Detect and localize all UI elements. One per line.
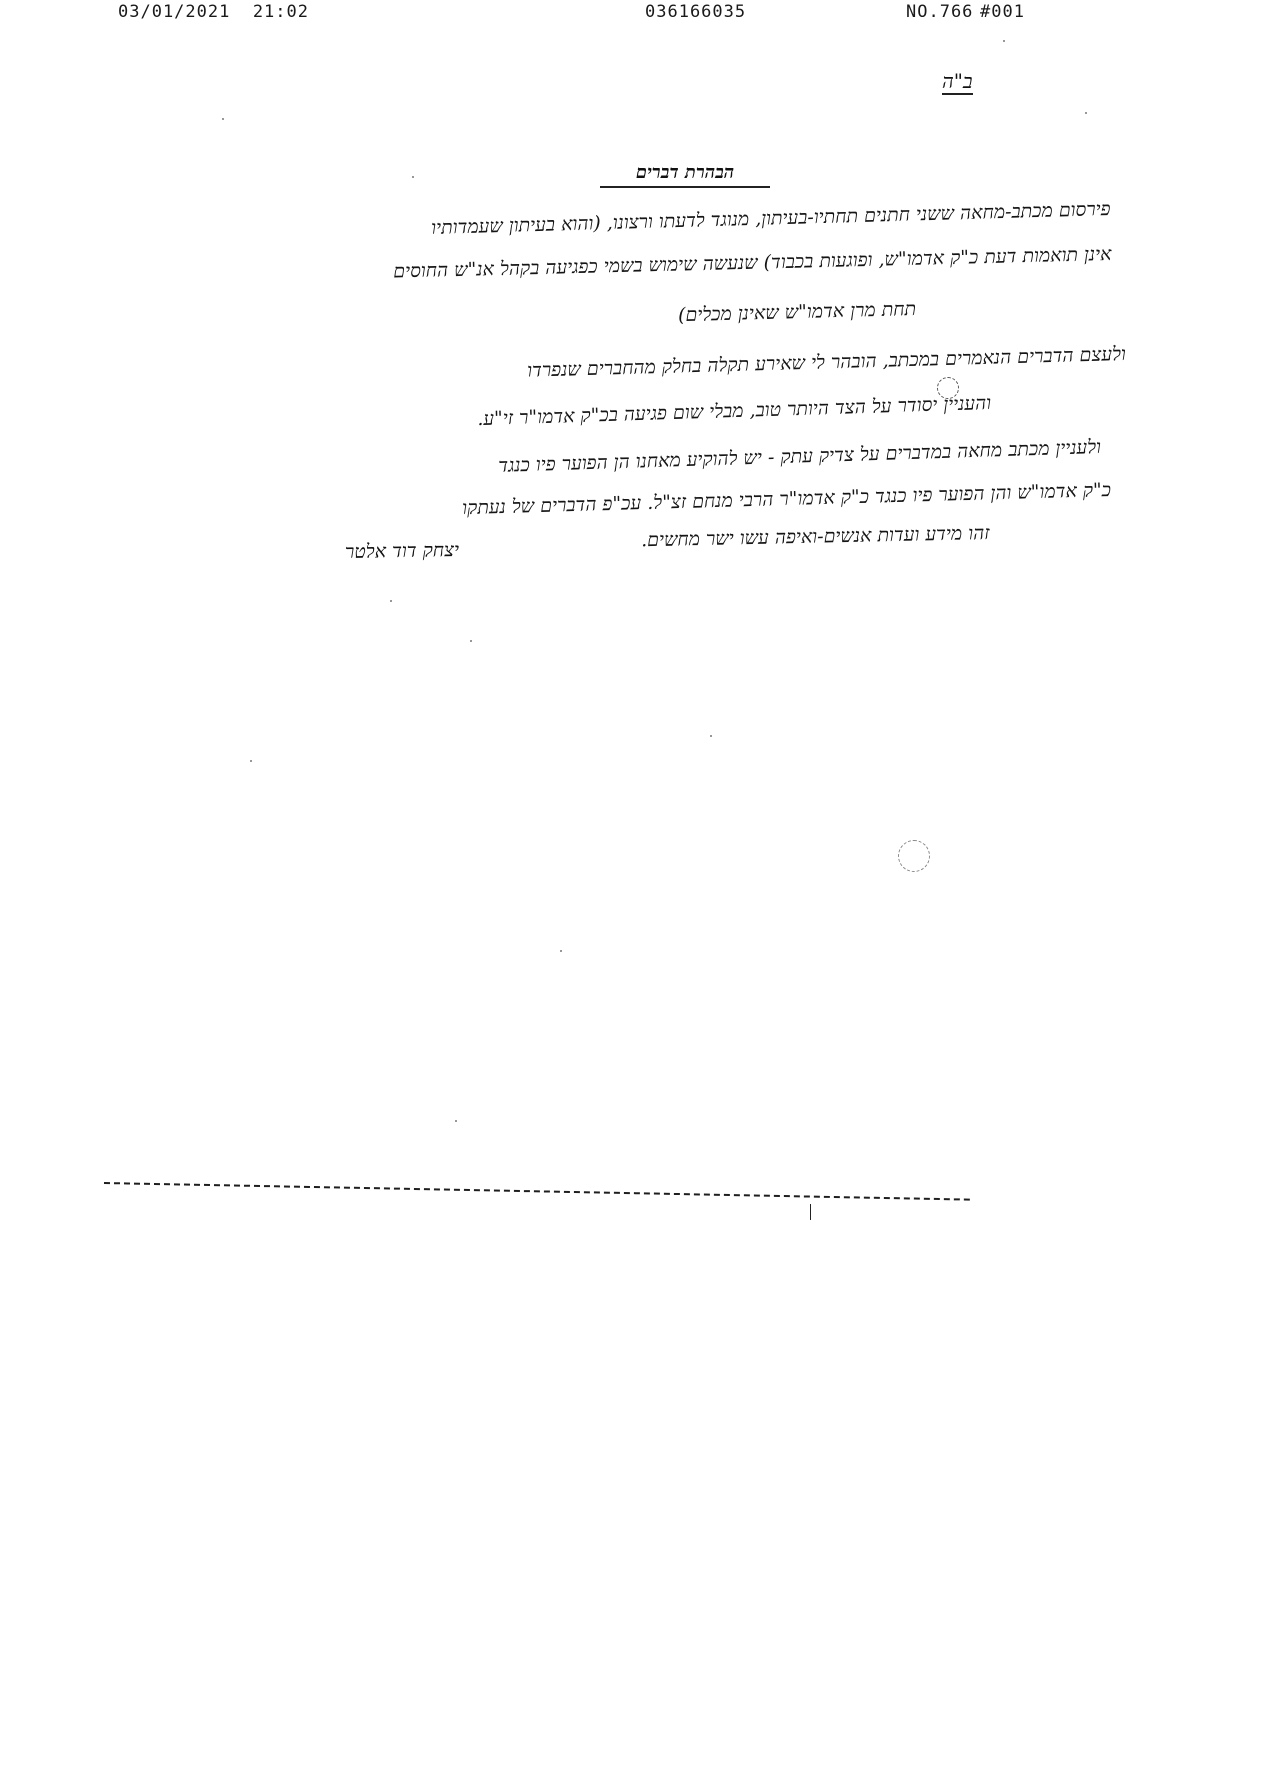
document-title: הבהרת דברים: [600, 162, 770, 188]
letter-line-8: זהו מידע ועדות אנשים-ואיפה עשו ישר מחשים…: [640, 520, 989, 553]
scan-speck: [1085, 112, 1087, 114]
letter-line-7: כ"ק אדמו"ש והן הפוער פיו כנגד כ"ק אדמו"ר…: [462, 477, 1112, 521]
scan-speck: [710, 735, 712, 737]
scan-speck: [412, 176, 414, 178]
fax-datetime: 03/01/2021 21:02: [118, 2, 309, 22]
fax-header: 03/01/2021 21:02 036166035 NO.766 #001: [0, 2, 1271, 24]
scan-speck: [222, 118, 224, 120]
letter-line-1: פירסום מכתב-מחאה ששני חתנים תחתיו-בעיתון…: [431, 196, 1111, 241]
fax-phone-number: 036166035: [645, 2, 746, 22]
fax-page-number: #001: [980, 2, 1025, 22]
fax-number: NO.766: [906, 2, 973, 22]
scan-speck: [470, 640, 472, 642]
scan-speck: [390, 600, 392, 602]
letter-line-2: אינן תואמות דעת כ"ק אדמו"ש, ופוגעות בכבו…: [392, 241, 1111, 285]
scan-speck: [250, 760, 252, 762]
letter-line-6: ולעניין מכתב מחאה במדברים על צדיק עתק - …: [498, 434, 1101, 479]
letter-line-4: ולעצם הדברים הנאמרים במכתב, הובהר לי שאי…: [527, 341, 1126, 384]
divider-tick: [810, 1204, 811, 1220]
hole-punch-mark: [898, 840, 930, 872]
hole-punch-mark: [937, 377, 959, 399]
signature: יצחק דוד אלטר: [345, 539, 459, 564]
letter-line-5: והעניין יסודר על הצד היותר טוב, מבלי שום…: [477, 390, 992, 432]
scan-speck: [455, 1120, 457, 1122]
scan-speck: [560, 950, 562, 952]
letter-line-3: תחת מרן אדמו"ש שאינן מכלים): [678, 296, 917, 328]
scan-speck: [1003, 40, 1005, 42]
header-mark: ב"ה: [942, 70, 973, 95]
dashed-divider: [104, 1182, 970, 1201]
